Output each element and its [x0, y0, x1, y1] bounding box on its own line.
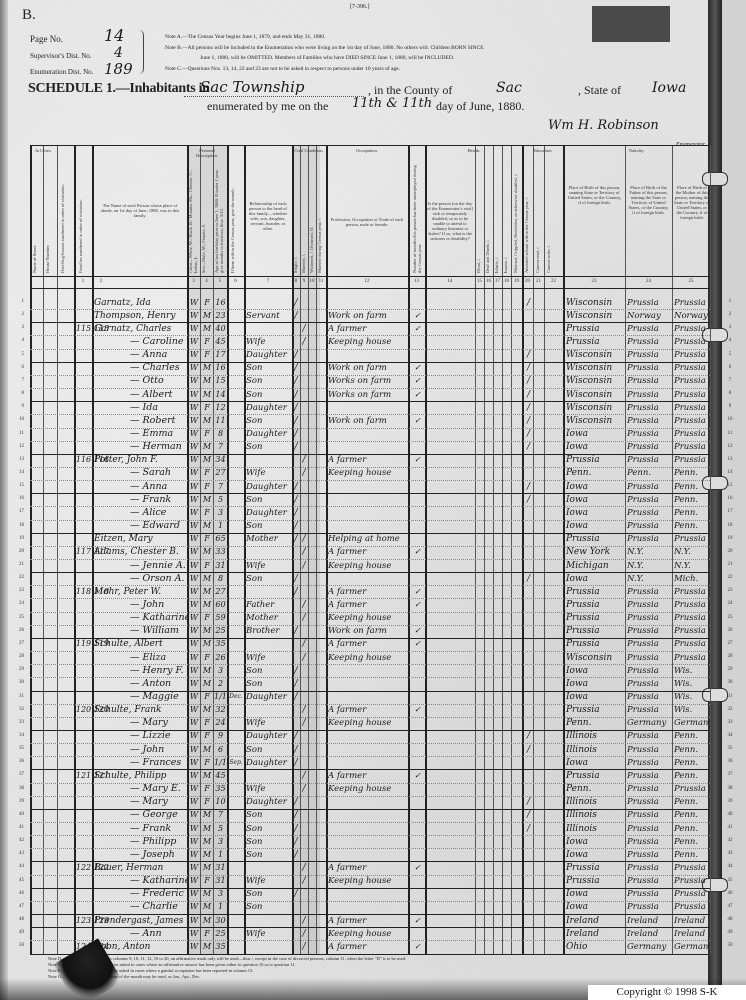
cell-relationship: Son [246, 389, 292, 401]
cell-married: / [300, 546, 308, 558]
cell-relationship: Son [246, 901, 292, 913]
header-sex: Sex—Male, M.; Female, F. [201, 163, 212, 273]
cell-mother-birthplace: Prussia [674, 441, 710, 453]
row-number: 40 [12, 812, 24, 817]
cell-age: 24 [214, 717, 227, 729]
cell-sex: M [201, 415, 213, 427]
cell-married: / [300, 336, 308, 348]
cell-father-birthplace: Prussia [627, 744, 672, 756]
cell-age: 35 [214, 638, 227, 650]
cell-birthplace: Prussia [566, 323, 625, 335]
cell-birthplace: Wisconsin [566, 389, 625, 401]
cell-age: 14 [214, 389, 227, 401]
cell-age: 15 [214, 375, 227, 387]
cell-single: / [292, 678, 300, 690]
row-number: 33 [12, 720, 24, 725]
cell-mother-birthplace: Penn. [674, 796, 710, 808]
cell-name: Adams, Chester B. [94, 546, 187, 558]
row-number-right: 6 [722, 365, 738, 370]
cell-mother-birthplace: Penn. [674, 520, 710, 532]
cell-age: 31 [214, 560, 227, 572]
county-value: Sac [496, 80, 522, 96]
cell-father-birthplace: Prussia [627, 704, 672, 716]
cell-father-birthplace: Prussia [627, 665, 672, 677]
cell-age: 12 [214, 402, 227, 414]
cell-name: — Maggie [130, 691, 187, 703]
header-family: Families numbered in order of visitation… [78, 157, 90, 273]
cell-father-birthplace: Prussia [627, 691, 672, 703]
cell-color: W [188, 402, 200, 414]
cell-occupation: Work on farm [328, 415, 408, 427]
header-month-born: If born within the Census year, give the… [230, 157, 242, 273]
row-number-right: 12 [722, 444, 738, 449]
cell-color: W [188, 915, 200, 927]
header-personal-description: Personal Description. [188, 148, 226, 158]
cell-mother-birthplace: Penn. [674, 730, 710, 742]
column-divider [710, 145, 711, 955]
cell-father-birthplace: Norway [627, 310, 672, 322]
cell-occupation: A farmer [328, 599, 408, 611]
cell-father-birthplace: Prussia [627, 481, 672, 493]
cell-color: W [188, 612, 200, 624]
cell-age: 1/12 [214, 757, 227, 769]
column-number: 7 [244, 279, 292, 284]
cell-mother-birthplace: N.Y. [674, 546, 710, 558]
cell-mother-birthplace: Mich. [674, 573, 710, 585]
row-number: 17 [12, 509, 24, 514]
row-number-right: 17 [722, 509, 738, 514]
cell-father-birthplace: Penn. [627, 467, 672, 479]
cell-sex: M [201, 836, 213, 848]
row-number: 22 [12, 575, 24, 580]
cell-father-birthplace: Prussia [627, 730, 672, 742]
column-divider [563, 145, 565, 955]
cell-father-birthplace: Ireland [627, 915, 672, 927]
copyright-notice: Copyright © 1998 S-K Publications [588, 985, 746, 1000]
cell-father-birthplace: Prussia [627, 507, 672, 519]
cell-name: Eitzen, Mary [94, 533, 187, 545]
column-number: 4 [200, 279, 213, 284]
cell-attended-school: / [523, 573, 534, 585]
cell-relationship: Mother [246, 533, 292, 545]
cell-father-birthplace: Prussia [627, 809, 672, 821]
row-number: 49 [12, 930, 24, 935]
cell-single: / [292, 494, 300, 506]
page-left-edge [0, 0, 8, 1000]
cell-name: Schulte, Philipp [94, 770, 187, 782]
cell-attended-school: / [523, 297, 534, 309]
header-attended-school: Attended school within the Census year, … [524, 159, 532, 273]
cell-attended-school: / [523, 415, 534, 427]
cell-single: / [292, 757, 300, 769]
row-number-right: 45 [722, 878, 738, 883]
cell-birthplace: Prussia [566, 625, 625, 637]
cell-relationship: Daughter [246, 402, 292, 414]
cell-name: — Ida [130, 402, 187, 414]
cell-mother-birthplace: Prussia [674, 586, 710, 598]
cell-birthplace: Wisconsin [566, 297, 625, 309]
row-number-right: 10 [722, 417, 738, 422]
cell-relationship: Daughter [246, 481, 292, 493]
cell-mother-birthplace: Penn. [674, 836, 710, 848]
cell-married: / [300, 783, 308, 795]
cell-name: — Jennie A. [130, 560, 187, 572]
cell-mother-birthplace: Prussia [674, 402, 710, 414]
form-letter: B. [22, 7, 36, 24]
cell-mother-birthplace: Penn. [674, 770, 710, 782]
cell-color: W [188, 415, 200, 427]
row-number-right: 47 [722, 904, 738, 909]
cell-color: W [188, 691, 200, 703]
cell-father-birthplace: Prussia [627, 533, 672, 545]
cell-age: 35 [214, 783, 227, 795]
header-rule [30, 145, 710, 146]
header-dwelling: Dwelling-houses numbered in order of vis… [60, 157, 72, 273]
supervisor-dist-value: 4 [114, 45, 123, 61]
column-number: 11 [316, 279, 326, 284]
cell-birthplace: Iowa [566, 888, 625, 900]
row-number-right: 25 [722, 615, 738, 620]
cell-color: W [188, 467, 200, 479]
cell-sex: M [201, 494, 213, 506]
cell-color: W [188, 849, 200, 861]
header-birthplace: Place of Birth of this person, naming St… [566, 185, 623, 215]
row-number-right: 9 [722, 404, 738, 409]
cell-sex: M [201, 941, 213, 953]
cell-color: W [188, 717, 200, 729]
column-number: 15 [475, 279, 484, 284]
row-number-right: 20 [722, 549, 738, 554]
cell-color: W [188, 454, 200, 466]
cell-mother-birthplace: Prussia [674, 533, 710, 545]
cell-birthplace: Wisconsin [566, 652, 625, 664]
cell-color: W [188, 625, 200, 637]
note-c: Note C.—Questions Nos. 13, 14, 22 and 23… [165, 66, 400, 72]
cell-sex: M [201, 704, 213, 716]
cell-attended-school: / [523, 349, 534, 361]
row-number-right: 49 [722, 930, 738, 935]
cell-unemployed: ✓ [410, 941, 425, 953]
column-number: 16 [484, 279, 493, 284]
cell-single: / [292, 349, 300, 361]
cell-occupation: Works on farm [328, 375, 408, 387]
cell-color: W [188, 730, 200, 742]
cell-relationship: Son [246, 823, 292, 835]
header-brace [139, 30, 144, 74]
cell-name: — Ann [130, 928, 187, 940]
cell-single: / [292, 836, 300, 848]
cell-father-birthplace: Prussia [627, 402, 672, 414]
row-number-right: 26 [722, 628, 738, 633]
cell-sex: M [201, 375, 213, 387]
cell-age: 3 [214, 507, 227, 519]
cell-mother-birthplace: Wis. [674, 665, 710, 677]
cell-age: 23 [214, 310, 227, 322]
cell-occupation: Keeping house [328, 467, 408, 479]
cell-birthplace: Prussia [566, 612, 625, 624]
cell-married: / [300, 770, 308, 782]
enumeration-dist-value: 189 [104, 60, 133, 78]
cell-mother-birthplace: Prussia [674, 652, 710, 664]
cell-name: — Frank [130, 823, 187, 835]
cell-mother-birthplace: Prussia [674, 638, 710, 650]
row-number-right: 40 [722, 812, 738, 817]
cell-relationship: Son [246, 573, 292, 585]
cell-name: — Frank [130, 494, 187, 506]
cell-color: W [188, 770, 200, 782]
cell-color: W [188, 362, 200, 374]
row-number-right: 16 [722, 496, 738, 501]
column-divider [425, 145, 427, 955]
cell-married: / [300, 467, 308, 479]
cell-sex: M [201, 310, 213, 322]
cell-sex: F [201, 796, 213, 808]
column-number: 2 [92, 279, 110, 284]
header-cannot-write: Cannot write, /. [546, 225, 554, 273]
cell-color: W [188, 546, 200, 558]
cell-color: W [188, 349, 200, 361]
row-number-right: 38 [722, 786, 738, 791]
cell-unemployed: ✓ [410, 862, 425, 874]
cell-sex: M [201, 678, 213, 690]
cell-name: — Anna [130, 481, 187, 493]
cell-color: W [188, 507, 200, 519]
cell-color: W [188, 336, 200, 348]
cell-age: 7 [214, 441, 227, 453]
row-number-right: 18 [722, 523, 738, 528]
row-number-right: 11 [722, 431, 738, 436]
cell-age: 27 [214, 467, 227, 479]
cell-birthplace: Penn. [566, 783, 625, 795]
row-number: 12 [12, 444, 24, 449]
header-cannot-read: Cannot read, /. [535, 225, 543, 273]
cell-birthplace: Iowa [566, 428, 625, 440]
cell-father-birthplace: Prussia [627, 823, 672, 835]
cell-birthplace: Prussia [566, 454, 625, 466]
cell-occupation: A farmer [328, 704, 408, 716]
cell-age: 25 [214, 625, 227, 637]
cell-relationship: Wife [246, 717, 292, 729]
row-number: 47 [12, 904, 24, 909]
cell-color: W [188, 836, 200, 848]
cell-relationship: Wife [246, 467, 292, 479]
cell-occupation: Keeping house [328, 717, 408, 729]
row-number-right: 2 [722, 312, 738, 317]
cell-name: — Anton [130, 678, 187, 690]
row-number-right: 46 [722, 891, 738, 896]
cell-name: Schulte, Frank [94, 704, 187, 716]
cell-age: 6 [214, 744, 227, 756]
row-number-right: 22 [722, 575, 738, 580]
cell-birthplace: Ohio [566, 941, 625, 953]
row-number: 31 [12, 694, 24, 699]
cell-birthplace: Iowa [566, 691, 625, 703]
cell-sex: M [201, 362, 213, 374]
cell-single: / [292, 389, 300, 401]
cell-unemployed: ✓ [410, 770, 425, 782]
cell-birthplace: Iowa [566, 678, 625, 690]
row-number-right: 3 [722, 325, 738, 330]
cell-single: / [292, 586, 300, 598]
cell-attended-school: / [523, 402, 534, 414]
cell-name: — Alice [130, 507, 187, 519]
header-father-birthplace: Place of Birth of the Father of this per… [627, 185, 670, 225]
row-number: 7 [12, 378, 24, 383]
cell-relationship: Wife [246, 928, 292, 940]
cell-name: — Herman [130, 441, 187, 453]
cell-birthplace: Wisconsin [566, 362, 625, 374]
cell-relationship: Wife [246, 336, 292, 348]
cell-age: 3 [214, 665, 227, 677]
header-color: Color—White, W.; Black, B.; Mulatto, Mu.… [188, 163, 199, 273]
row-number-right: 35 [722, 746, 738, 751]
header-sickness: Is the person [on the day of the Enumera… [427, 201, 473, 247]
cell-single: / [292, 481, 300, 493]
cell-mother-birthplace: Ireland [674, 915, 710, 927]
row-number: 16 [12, 496, 24, 501]
cell-age: 31 [214, 862, 227, 874]
cell-married: / [300, 323, 308, 335]
cell-birthplace: Penn. [566, 467, 625, 479]
cell-attended-school: / [523, 481, 534, 493]
cell-age: 1 [214, 901, 227, 913]
cell-single: / [292, 507, 300, 519]
cell-color: W [188, 494, 200, 506]
cell-married: / [300, 612, 308, 624]
cell-birthplace: Iowa [566, 757, 625, 769]
cell-relationship: Daughter [246, 691, 292, 703]
cell-single: / [292, 533, 300, 545]
cell-attended-school: / [523, 494, 534, 506]
cell-relationship: Daughter [246, 428, 292, 440]
row-number-right: 33 [722, 720, 738, 725]
cell-married: / [300, 638, 308, 650]
row-number: 28 [12, 654, 24, 659]
row-number-right: 37 [722, 772, 738, 777]
cell-sex: M [201, 888, 213, 900]
column-divider [43, 145, 44, 955]
row-number: 32 [12, 707, 24, 712]
row-number: 36 [12, 759, 24, 764]
cell-single: / [292, 888, 300, 900]
cell-age: 35 [214, 941, 227, 953]
cell-birthplace: Iowa [566, 665, 625, 677]
row-number: 30 [12, 680, 24, 685]
row-number-right: 28 [722, 654, 738, 659]
cell-mother-birthplace: Penn. [674, 809, 710, 821]
cell-single: / [292, 441, 300, 453]
cell-age: 3 [214, 836, 227, 848]
row-number: 6 [12, 365, 24, 370]
cell-name: — Mary E. [130, 783, 187, 795]
row-number: 10 [12, 417, 24, 422]
cell-birthplace: Iowa [566, 901, 625, 913]
cell-attended-school: / [523, 441, 534, 453]
cell-color: W [188, 823, 200, 835]
cell-sex: F [201, 507, 213, 519]
row-number: 1 [12, 299, 24, 304]
cell-attended-school: / [523, 744, 534, 756]
cell-occupation: A farmer [328, 586, 408, 598]
cell-relationship: Daughter [246, 730, 292, 742]
cell-name: — Edward [130, 520, 187, 532]
cell-color: W [188, 441, 200, 453]
cell-age: 1 [214, 849, 227, 861]
cell-father-birthplace: Prussia [627, 336, 672, 348]
cell-color: W [188, 744, 200, 756]
cell-sex: F [201, 875, 213, 887]
cell-occupation: Keeping house [328, 652, 408, 664]
cell-sex: F [201, 783, 213, 795]
cell-sex: F [201, 560, 213, 572]
cell-mother-birthplace: Germany [674, 941, 710, 953]
cell-relationship: Son [246, 520, 292, 532]
cell-color: W [188, 783, 200, 795]
cell-relationship: Wife [246, 560, 292, 572]
header-rule [30, 288, 710, 289]
cell-mother-birthplace: Prussia [674, 389, 710, 401]
cell-sex: M [201, 849, 213, 861]
header-married: Married, /. [301, 225, 308, 273]
cell-unemployed: ✓ [410, 586, 425, 598]
cell-single: / [292, 809, 300, 821]
cell-age: 25 [214, 928, 227, 940]
cell-relationship: Son [246, 836, 292, 848]
row-number: 29 [12, 667, 24, 672]
cell-sex: M [201, 823, 213, 835]
cell-father-birthplace: Prussia [627, 862, 672, 874]
cell-name: — Katharine [130, 612, 187, 624]
cell-mother-birthplace: Penn. [674, 467, 710, 479]
cell-mother-birthplace: Penn. [674, 481, 710, 493]
header-nativity: Nativity. [565, 148, 708, 158]
cell-relationship: Wife [246, 875, 292, 887]
cell-dwelling-number: 116 [75, 454, 92, 466]
cell-age: 26 [214, 652, 227, 664]
row-number-right: 13 [722, 457, 738, 462]
cell-sex: F [201, 467, 213, 479]
cell-occupation: Helping at home [328, 533, 408, 545]
cell-attended-school: / [523, 375, 534, 387]
cell-relationship: Mother [246, 612, 292, 624]
cell-single: / [292, 297, 300, 309]
page-no-value: 14 [104, 26, 124, 45]
note-a: Note A.—The Census Year begins June 1, 1… [165, 34, 325, 40]
cell-father-birthplace: Prussia [627, 599, 672, 611]
cell-single: / [292, 402, 300, 414]
cell-married: / [300, 454, 308, 466]
cell-sex: M [201, 323, 213, 335]
cell-name: — Katharine [130, 875, 187, 887]
cell-color: W [188, 652, 200, 664]
row-number: 50 [12, 943, 24, 948]
cell-name: — Caroline [130, 336, 187, 348]
cell-occupation: A farmer [328, 454, 408, 466]
header-age: Age at last birthday prior to June 1, 18… [214, 163, 226, 273]
cell-occupation: A farmer [328, 770, 408, 782]
cell-father-birthplace: Germany [627, 717, 672, 729]
row-number: 15 [12, 483, 24, 488]
cell-dwelling-number: 123 [75, 915, 92, 927]
cell-relationship: Son [246, 415, 292, 427]
row-number: 45 [12, 878, 24, 883]
row-number-right: 21 [722, 562, 738, 567]
cell-sex: F [201, 349, 213, 361]
row-number: 3 [12, 325, 24, 330]
row-number: 9 [12, 404, 24, 409]
cell-month-born: Dec. [228, 691, 244, 703]
cell-sex: M [201, 638, 213, 650]
